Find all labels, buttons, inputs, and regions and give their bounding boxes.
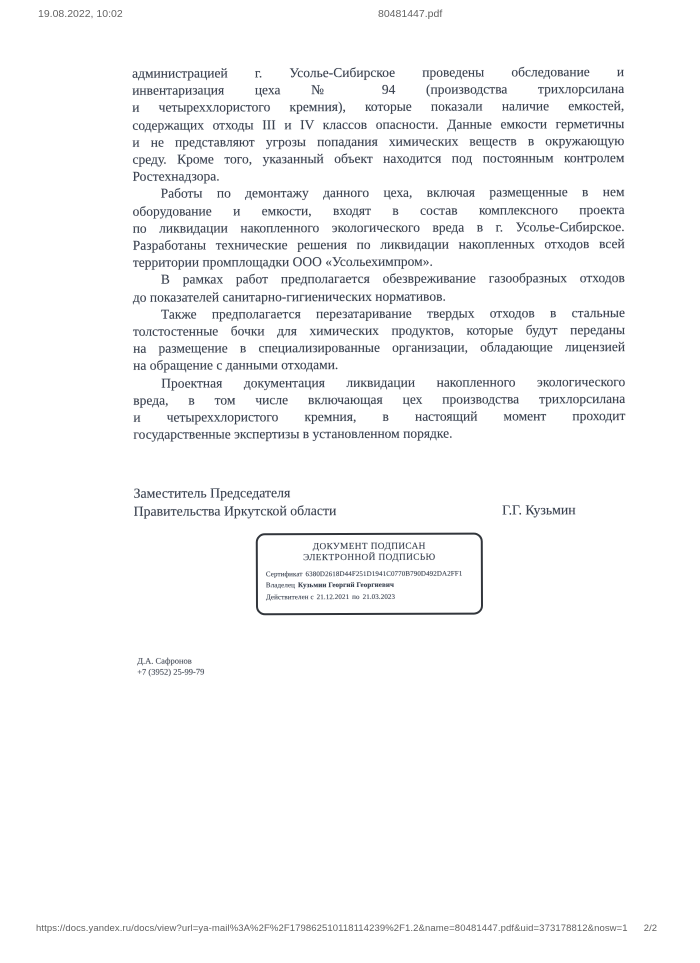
signatory-position-line2: Правительства Иркутской области <box>134 502 337 521</box>
text-line: толстостенные бочки для химических проду… <box>133 321 625 340</box>
owner-value: Кузьмин Георгий Георгиевич <box>298 581 394 589</box>
text-line: государственные экспертизы в установленн… <box>133 424 625 443</box>
paragraph: Работы по демонтажу данного цеха, включа… <box>133 183 625 271</box>
digital-signature-stamp: ДОКУМЕНТ ПОДПИСАН ЭЛЕКТРОННОЙ ПОДПИСЬЮ С… <box>256 533 483 616</box>
text-line: и не представляют угрозы попадания химич… <box>132 132 624 151</box>
text-line: Проектная документация ликвидации накопл… <box>133 373 625 392</box>
document-body: администрацией г. Усолье-Сибирское прове… <box>132 63 625 443</box>
signature-block: Заместитель Председателя Правительства И… <box>134 483 626 521</box>
text-line: вреда, в том числе включающая цех произв… <box>133 390 625 409</box>
text-line: на размещение в специализированные орган… <box>133 338 625 357</box>
executor-name: Д.А. Сафронов <box>137 656 204 667</box>
paragraph: Также предполагается перезатаривание тве… <box>133 304 625 375</box>
executor-phone: +7 (3952) 25-99-79 <box>137 666 204 677</box>
paragraph: В рамках работ предполагается обезврежив… <box>133 269 625 305</box>
text-line: оборудование и емкости, входят в состав … <box>133 201 625 220</box>
stamp-title-line2: ЭЛЕКТРОННОЙ ПОДПИСЬЮ <box>258 552 481 564</box>
valid-to: 21.03.2023 <box>363 593 396 601</box>
text-line: содержащих отходы III и IV классов опасн… <box>132 115 624 134</box>
signatory-name: Г.Г. Кузьмин <box>502 501 576 519</box>
text-line: среду. Кроме того, указанный объект нахо… <box>132 149 624 168</box>
text-line: территории промплощадки ООО «Усольехимпр… <box>133 252 625 271</box>
stamp-owner: ВладелецКузьмин Георгий Георгиевич <box>266 580 477 592</box>
text-line: на обращение с данными отходами. <box>133 355 625 374</box>
text-line: администрацией г. Усолье-Сибирское прове… <box>132 63 624 82</box>
stamp-title: ДОКУМЕНТ ПОДПИСАН ЭЛЕКТРОННОЙ ПОДПИСЬЮ <box>258 542 481 564</box>
valid-to-label: по <box>352 593 359 601</box>
text-line: В рамках работ предполагается обезврежив… <box>133 269 625 288</box>
paragraph: администрацией г. Усолье-Сибирское прове… <box>132 63 624 185</box>
text-line: Работы по демонтажу данного цеха, включа… <box>133 183 625 202</box>
text-line: до показателей санитарно-гигиенических н… <box>133 287 625 306</box>
scanned-letter-page: администрацией г. Усолье-Сибирское прове… <box>0 0 700 963</box>
owner-label: Владелец <box>266 581 295 589</box>
executor-contact: Д.А. Сафронов +7 (3952) 25-99-79 <box>137 656 204 677</box>
text-line: по ликвидации накопленного экологическог… <box>133 218 625 237</box>
validity-label: Действителен с <box>266 593 314 601</box>
text-line: Ростехнадзора. <box>132 166 624 185</box>
stamp-details: Сертификат6380D2618D44F251D1941C0770B790… <box>258 568 481 604</box>
valid-from: 21.12.2021 <box>317 593 350 601</box>
text-line: и четыреххлористого кремния), которые по… <box>132 97 624 116</box>
stamp-validity: Действителен с21.12.2021по21.03.2023 <box>266 591 477 603</box>
text-line: Также предполагается перезатаривание тве… <box>133 304 625 323</box>
stamp-title-line1: ДОКУМЕНТ ПОДПИСАН <box>258 542 481 554</box>
text-line: Разработаны технические решения по ликви… <box>133 235 625 254</box>
stamp-certificate: Сертификат6380D2618D44F251D1941C0770B790… <box>266 568 477 580</box>
paragraph: Проектная документация ликвидации накопл… <box>133 373 625 444</box>
certificate-label: Сертификат <box>266 570 303 578</box>
signatory-position-line1: Заместитель Председателя <box>134 483 626 503</box>
text-line: и четыреххлористого кремния, в настоящий… <box>133 407 625 426</box>
text-line: инвентаризация цеха № 94 (производства т… <box>132 80 624 99</box>
certificate-value: 6380D2618D44F251D1941C0770B790D492DA2FF1 <box>306 569 463 578</box>
